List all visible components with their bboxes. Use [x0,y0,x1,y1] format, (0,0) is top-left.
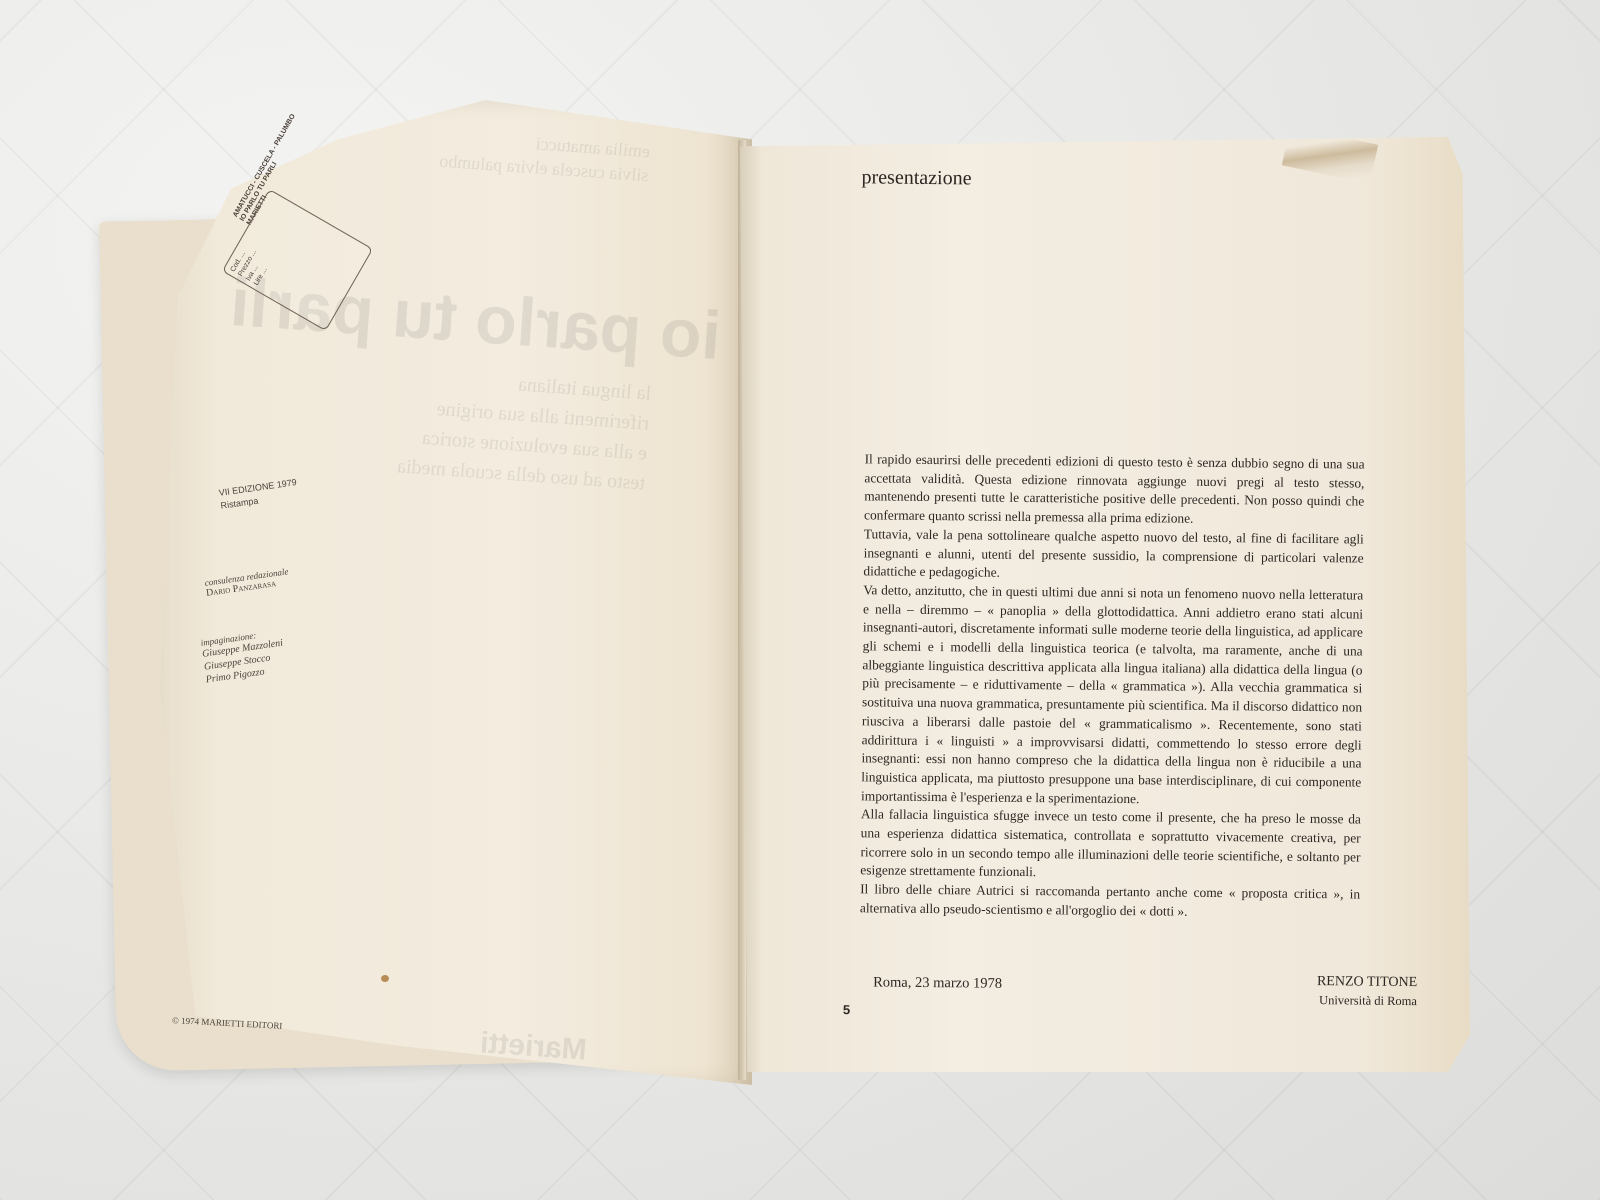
ghost-subtitle: la lingua italiana riferimenti alla sua … [396,361,652,498]
paragraph: Tuttavia, vale la pena sottolineare qual… [863,525,1364,586]
presentation-body: Il rapido esaurirsi delle precedenti edi… [860,450,1365,923]
open-book: emilia amatucci silvia cuscela elvira pa… [0,0,1600,1200]
page-number: 5 [843,1002,850,1017]
paragraph: Il libro delle chiare Autrici si raccoma… [860,880,1360,923]
right-page-content: presentazione Il rapido esaurirsi delle … [730,137,1470,1080]
author-affiliation: Università di Roma [1271,993,1417,1010]
place-date: Roma, 23 marzo 1978 [873,974,1002,992]
paragraph: Alla fallacia linguistica sfugge invece … [860,806,1361,886]
section-heading: presentazione [861,166,971,190]
author-name: RENZO TITONE [1291,974,1417,991]
paragraph: Va detto, anzitutto, che in questi ultim… [861,581,1363,811]
stain-spot [381,975,389,982]
paragraph: Il rapido esaurirsi delle precedenti edi… [864,450,1365,530]
